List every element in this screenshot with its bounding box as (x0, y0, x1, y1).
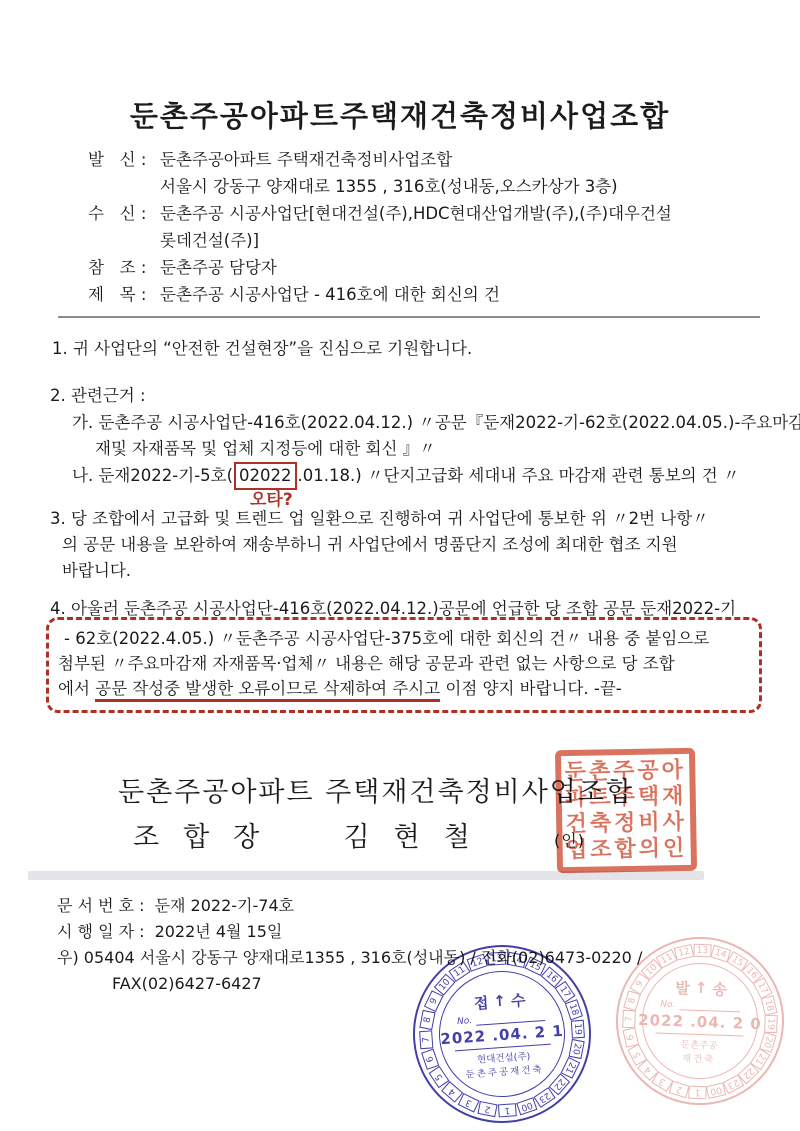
stamp-ring-number: 7 (622, 1009, 636, 1027)
signature-role: 조합장 (133, 815, 283, 854)
stamp-title-char: 송 (712, 978, 727, 999)
receipt-stamp-title: 접 ↑ 수 (468, 988, 531, 1013)
send-stamp-org2: 재건축 (682, 1050, 716, 1065)
stamp-title-char: 발 (675, 977, 690, 998)
paragraph-4-line3: 첨부된 〃주요마감재 자재품목·업체〃 내용은 해당 공문과 관련 없는 사항으… (58, 652, 675, 676)
na-suffix: .01.18.) 〃단지고급화 세대내 주요 마감재 관련 통보의 건 〃 (298, 466, 740, 485)
stamp-ring-number: 1 (688, 1085, 706, 1099)
doc-number-label: 문 서 번 호 : (57, 896, 145, 915)
stamp-no-row: No. (660, 998, 741, 1012)
stamp-divider (656, 1032, 743, 1036)
stamp-title-char: 접 (473, 991, 489, 1013)
stamp-ring-number: 19 (571, 1019, 585, 1038)
paragraph-3-line2: 의 공문 내용을 보완하여 재송부하니 귀 사업단에서 명품단지 조성에 최대한… (62, 533, 678, 557)
issue-date-line: 시 행 일 자 :2022년 4월 15일 (57, 920, 282, 944)
seal-row-1: 둔촌주공아 (564, 757, 686, 785)
stamp-ring-number: 7 (419, 1030, 433, 1049)
send-stamp-org1: 둔촌주공 (681, 1036, 718, 1051)
to-label: 수 신 : (88, 200, 160, 227)
paragraph-3-line3: 바랍니다. (62, 559, 131, 583)
stamp-ring-number: 1 (498, 1103, 517, 1117)
p4-prefix: 에서 (58, 679, 95, 698)
stamp-ring-number: 19 (764, 1014, 778, 1032)
send-stamp-date: 2022 .04. 2 0 (638, 1010, 762, 1032)
send-stamp-title: 발 ↑ 송 (670, 976, 732, 999)
stamp-title-char: 수 (510, 989, 526, 1011)
fax-line: FAX(02)6427-6427 (112, 972, 262, 996)
paragraph-2-ga-line2: 재및 자재품목 및 업체 지정등에 대한 회신 』〃 (95, 437, 436, 461)
paragraph-2-head: 2. 관련근거 : (50, 384, 146, 408)
paragraph-1: 1. 귀 사업단의 “안전한 건설현장”을 진심으로 기원합니다. (52, 337, 472, 361)
letter-header: 발 신 : 둔촌주공아파트 주택재건축정비사업조합 서울시 강동구 양재대로 1… (88, 146, 764, 308)
stamp-no-label: No. (660, 999, 675, 1010)
doc-number-line: 문 서 번 호 :둔재 2022-기-74호 (57, 894, 294, 918)
paragraph-3-line1: 3. 당 조합에서 고급화 및 트렌드 업 일환으로 진행하여 귀 사업단에 통… (50, 507, 709, 531)
paragraph-4-line1: 4. 아울러 둔촌주공 시공사업단-416호(2022.04.12.)공문에 언… (50, 597, 736, 621)
official-seal-stamp: 둔촌주공아 파트주택재 건축정비사 업조합의인 (555, 748, 697, 873)
seal-row-3: 건축정비사 (565, 809, 687, 837)
issue-date-label: 시 행 일 자 : (57, 922, 145, 941)
paragraph-2-ga-line1: 가. 둔촌주공 시공사업단-416호(2022.04.12.) 〃공문『둔재20… (72, 411, 800, 435)
stamp-ring-number: 2 (477, 1101, 497, 1117)
document-title: 둔촌주공아파트주택재건축정비사업조합 (0, 94, 800, 135)
scanned-official-letter: 둔촌주공아파트주택재건축정비사업조합 발 신 : 둔촌주공아파트 주택재건축정비… (0, 0, 800, 1131)
from-row: 발 신 : 둔촌주공아파트 주택재건축정비사업조합 서울시 강동구 양재대로 1… (88, 146, 764, 200)
cc-value: 둔촌주공 담당자 (160, 254, 764, 281)
to-line1: 둔촌주공 시공사업단[현대건설(주),HDC현대산업개발(주),(주)대우건설 (160, 200, 764, 227)
seal-row-2: 파트주택재 (565, 783, 687, 811)
from-org: 둔촌주공아파트 주택재건축정비사업조합 (160, 146, 764, 173)
subject-label: 제 목 : (88, 281, 160, 308)
from-label: 발 신 : (88, 146, 160, 173)
up-arrow-icon: ↑ (493, 992, 507, 1011)
p4-suffix: 이점 양지 바랍니다. -끝- (440, 679, 622, 698)
stamp-ring-number: 14 (506, 951, 526, 967)
subject-row: 제 목 : 둔촌주공 시공사업단 - 416호에 대한 회신의 건 (88, 281, 764, 308)
from-address: 서울시 강동구 양재대로 1355 , 316호(성내동,오스카상가 3층) (160, 173, 764, 200)
up-arrow-icon: ↑ (695, 979, 708, 997)
cc-label: 참 조 : (88, 254, 160, 281)
paragraph-4-line4: 에서 공문 작성중 발생한 오류이므로 삭제하여 주시고 이점 양지 바랍니다.… (58, 677, 622, 701)
subject-value: 둔촌주공 시공사업단 - 416호에 대한 회신의 건 (160, 281, 764, 308)
stamp-no-line (679, 999, 741, 1012)
paragraph-2-na-line: 나. 둔재2022-기-5호(02022.01.18.) 〃단지고급화 세대내 … (72, 462, 740, 490)
cc-row: 참 조 : 둔촌주공 담당자 (88, 254, 764, 281)
error-underlined-text: 공문 작성중 발생한 오류이므로 삭제하여 주시고 (95, 679, 440, 702)
stamp-ring-number: 13 (693, 943, 711, 957)
to-row: 수 신 : 둔촌주공 시공사업단[현대건설(주),HDC현대산업개발(주),(주… (88, 200, 764, 254)
header-divider (58, 316, 760, 318)
na-prefix: 나. 둔재2022-기-5호( (72, 466, 233, 485)
seal-row-4: 업조합의인 (566, 835, 688, 863)
signature-name: 김현철 (344, 815, 494, 854)
stamp-ring-number: 13 (487, 951, 506, 965)
signature-row: 조합장 김현철 (인) (133, 815, 585, 854)
to-line2: 롯데건설(주)] (160, 227, 764, 254)
stamp-no-label: No. (457, 1016, 473, 1027)
doc-number-value: 둔재 2022-기-74호 (155, 896, 295, 915)
issue-date-value: 2022년 4월 15일 (155, 922, 283, 941)
paragraph-4-line2: - 62호(2022.4.05.) 〃둔촌주공 시공사업단-375호에 대한 회… (64, 627, 709, 651)
